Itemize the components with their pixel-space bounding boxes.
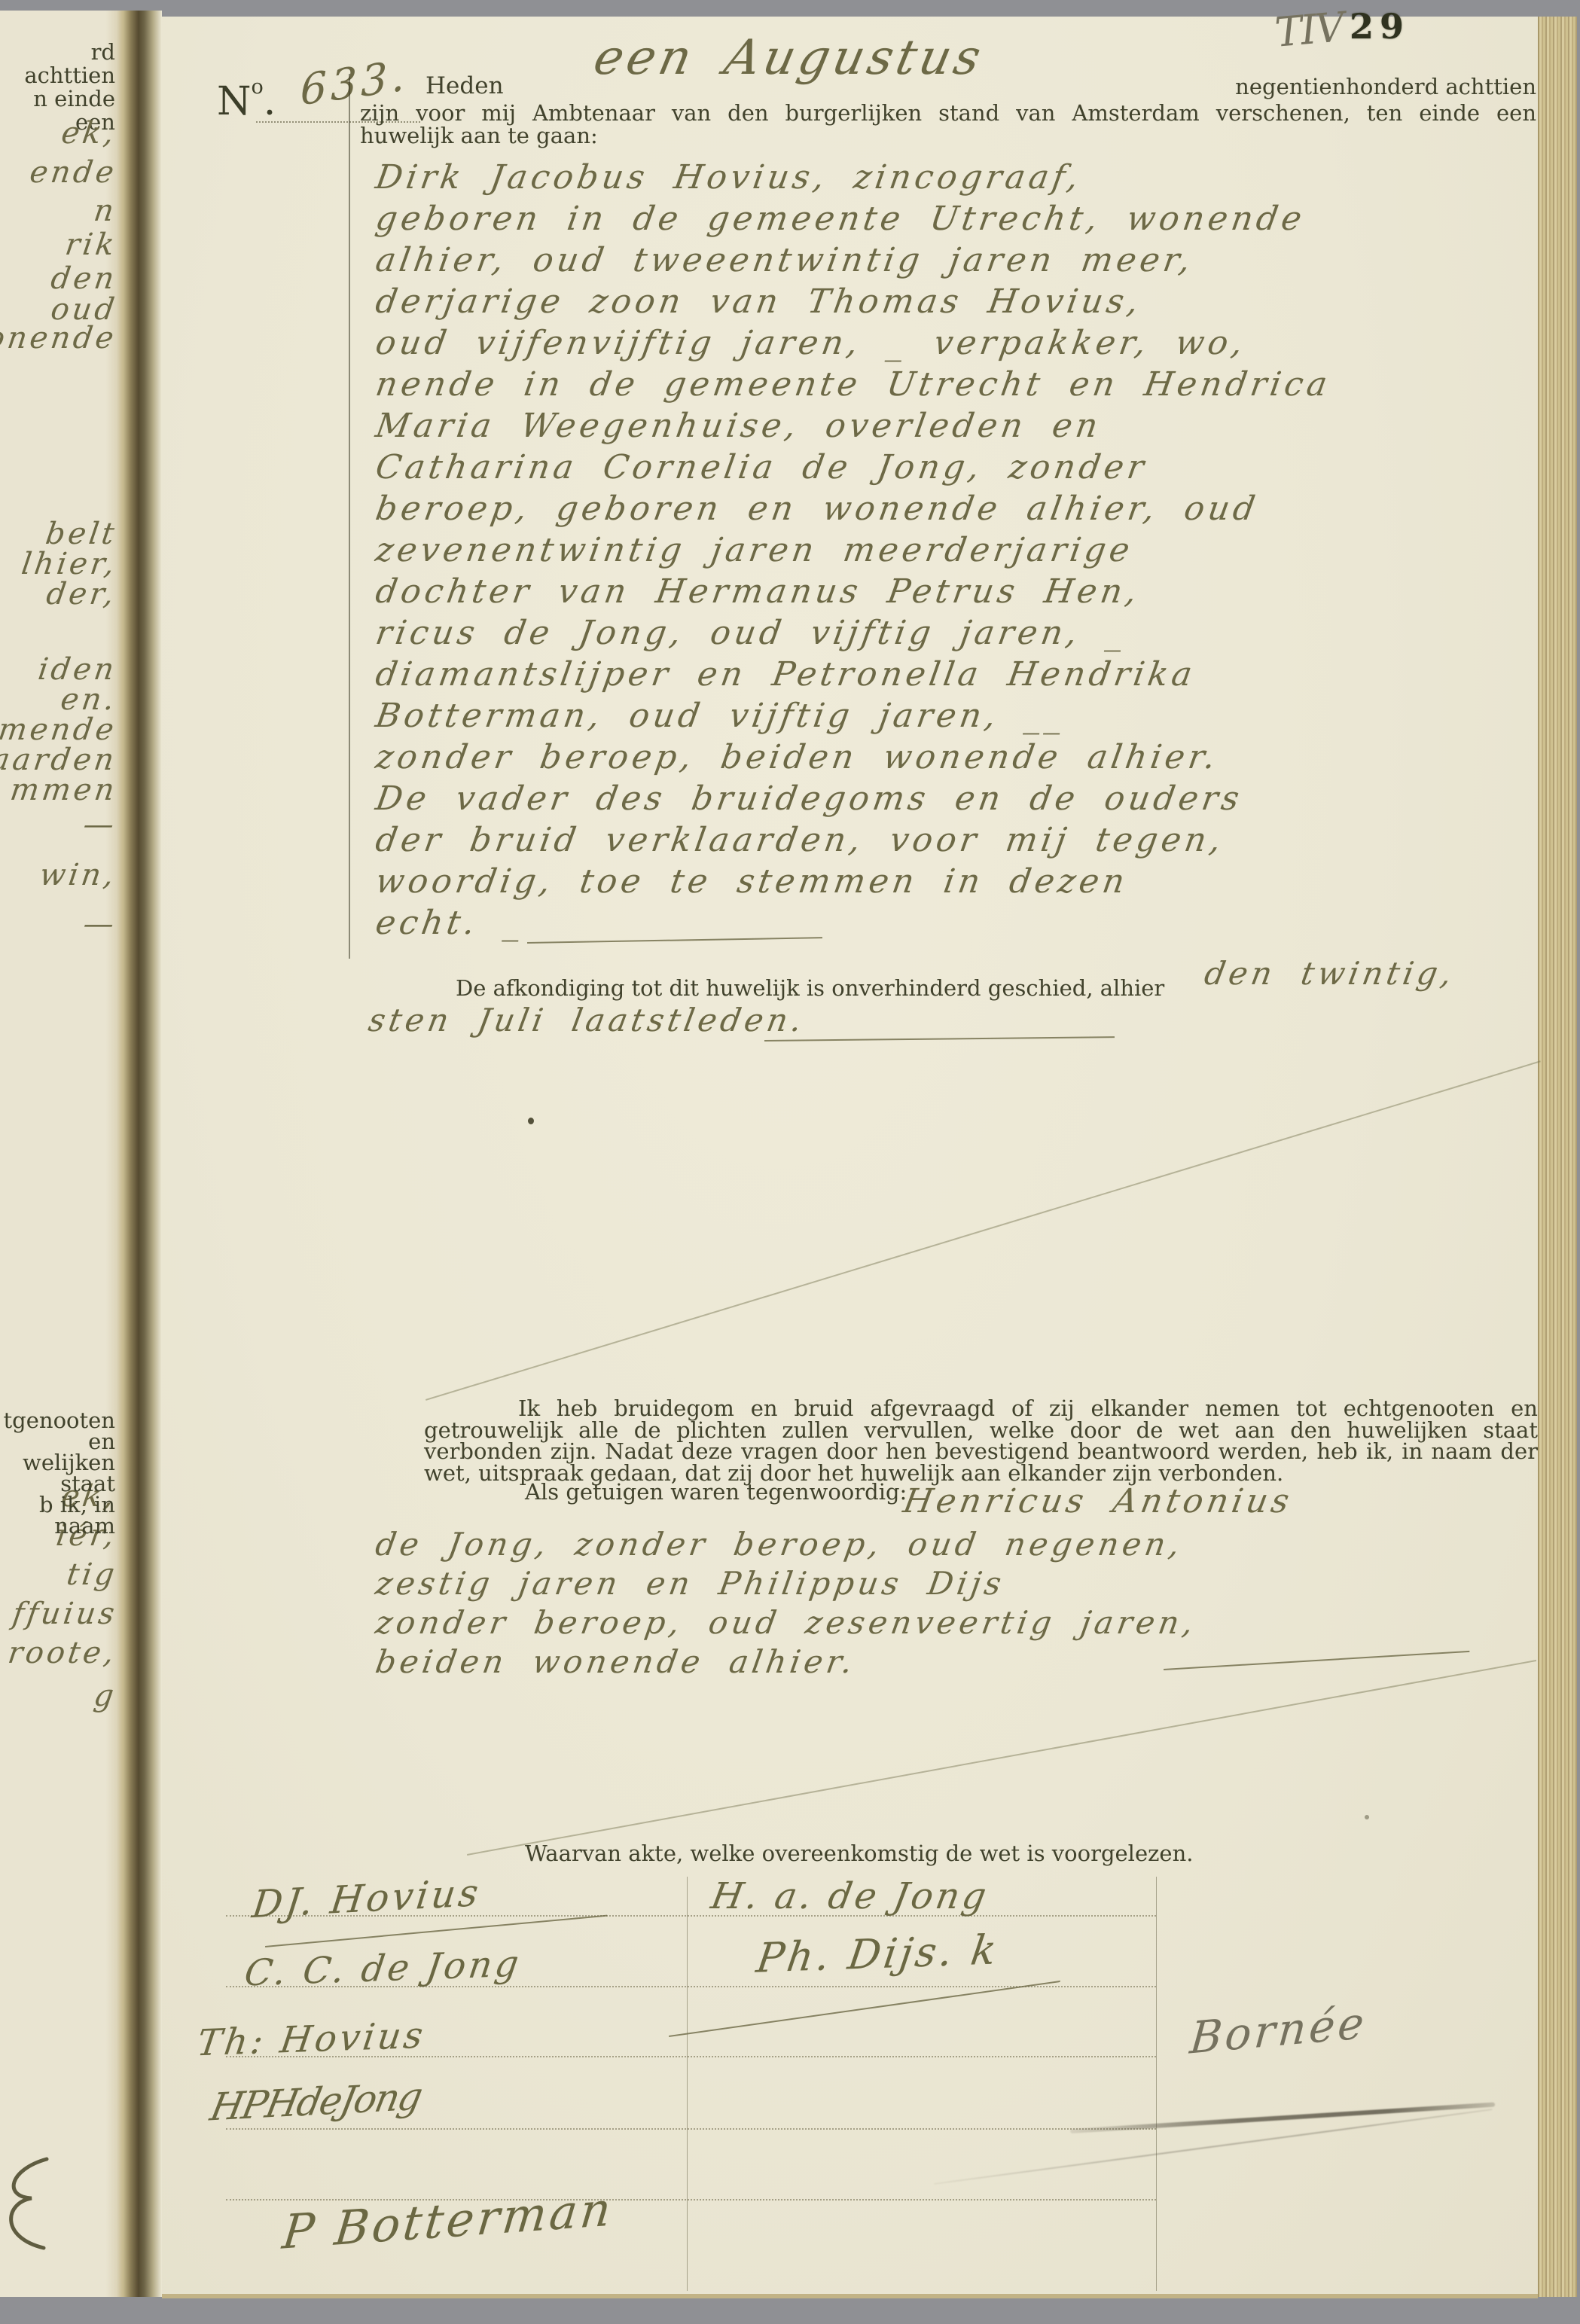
act-body-line: Botterman, oud vijftig jaren, __ [373,695,1554,737]
signature-column-line [1156,1877,1157,2291]
act-number-label: No. [217,75,276,124]
handwriting-fragment: — [81,907,119,941]
act-body-line: derjarige zoon van Thomas Hovius, [373,281,1554,322]
signature-row-line [226,2128,1156,2130]
act-body-line: diamantslijper en Petronella Hendrika [373,654,1554,695]
book-gutter [123,11,162,2297]
handwriting-fragment: roote, [6,1636,119,1670]
handwriting-fragment: ende [28,155,119,190]
witness-line: de Jong, zonder beroep, oud negenen, [373,1525,1539,1564]
handwriting-fragment: onende [0,321,119,355]
witness-intro: Als getuigen waren tegenwoordig: [525,1479,907,1505]
witness-line: zonder beroep, oud zesenveertig jaren, [373,1603,1539,1642]
previous-page-edge: rd achttienn einde een ek,endenrikdenoud… [0,11,123,2297]
act-body-line: nende in de gemeente Utrecht en Hendrica [373,364,1554,405]
handwriting-fragment: — [81,807,119,842]
previous-page-printed-line: welijken staat [0,1452,115,1494]
afkondiging-handwritten-inline: den twintig, [1202,955,1459,992]
handwriting-fragment: mmen [8,773,119,807]
act-body-line: Dirk Jacobus Hovius, zincograaf, [373,157,1554,198]
previous-page-printed-line: tgenooten en [0,1410,115,1452]
previous-page-printed-line: rd achttien [0,41,115,87]
afkondiging-printed: De afkondiging tot dit huwelijk is onver… [456,975,1164,1001]
pencil-archive-mark: TIV [1273,3,1345,56]
header-date-handwritten: een Augustus [589,30,989,86]
act-number-n: N [217,79,252,124]
act-body-line: beroep, geboren en wonende alhier, oud [373,488,1554,529]
witness-line: beiden wonende alhier. [373,1642,1539,1682]
declaration-paragraph: Ik heb bruidegom en bruid afgevraagd of … [424,1398,1538,1484]
previous-page-printed-line: b ik, in naam [0,1494,115,1536]
act-body-line: echt. _ [373,902,1554,944]
margin-rule [349,74,350,959]
handwriting-fragment: g [92,1679,119,1713]
page-number-stamp: 29 [1350,6,1410,47]
afkondiging-handwritten-line2: sten Juli laatstleden. [366,1002,809,1038]
handwriting-fragment: tig [64,1557,119,1592]
act-body-line: alhier, oud tweeentwintig jaren meer, [373,239,1554,281]
handwriting-fragment: ffuius [10,1597,119,1631]
handwriting-fragment: der, [44,577,119,611]
signature-father-bridegroom: Th: Hovius [194,2014,429,2065]
closing-line: Waarvan akte, welke overeenkomstig de we… [525,1841,1193,1866]
act-body-line: zevenentwintig jaren meerderjarige [373,529,1554,571]
act-body-line: der bruid verklaarden, voor mij tegen, [373,819,1554,861]
signature-column-line [687,1877,688,2291]
signature-witness2: Ph. Dijs. k [754,1926,1002,1982]
act-body-line: Catharina Cornelia de Jong, zonder [373,447,1554,488]
act-body-line: oud vijfenvijftig jaren, _ verpakker, wo… [373,322,1554,364]
act-number-sup: o [252,75,264,99]
witness-line: zestig jaren en Philippus Dijs [373,1564,1539,1603]
act-body-line: De vader des bruidegoms en de ouders [373,778,1554,819]
act-body-line: woordig, toe te stemmen in dezen [373,861,1554,902]
witness-first-line: Henricus Antonius [901,1482,1296,1520]
header-year-printed: negentienhonderd achttien [1130,74,1536,99]
flourish-mark [0,2153,53,2258]
act-body-line: dochter van Hermanus Petrus Hen, [373,571,1554,612]
act-body-line: Maria Weegenhuise, overleden en [373,405,1554,447]
handwriting-fragment: den [49,261,120,296]
handwriting-fragment: win, [38,858,119,892]
header-heden: Heden [426,72,504,99]
handwriting-fragment: rik [63,227,120,262]
dust-speck [1365,1815,1369,1819]
handwriting-fragment: n [92,194,119,228]
act-body-handwriting: Dirk Jacobus Hovius, zincograaf,geboren … [373,157,1548,944]
previous-page-printed-mid: tgenooten enwelijken staatb ik, in naam [0,1410,123,1536]
handwriting-fragment: ek, [59,116,119,151]
act-body-line: geboren in de gemeente Utrecht, wonende [373,198,1554,239]
act-number-dot: . [264,79,276,124]
act-body-line: ricus de Jong, oud vijftig jaren, _ [373,612,1554,654]
header-line2: zijn voor mij Ambtenaar van den burgerli… [360,100,1536,126]
signature-witness1: H. a. de Jong [708,1875,993,1917]
ink-speck [528,1118,534,1124]
header-line3: huwelijk aan te gaan: [360,123,598,148]
act-body-line: zonder beroep, beiden wonende alhier. [373,737,1554,778]
